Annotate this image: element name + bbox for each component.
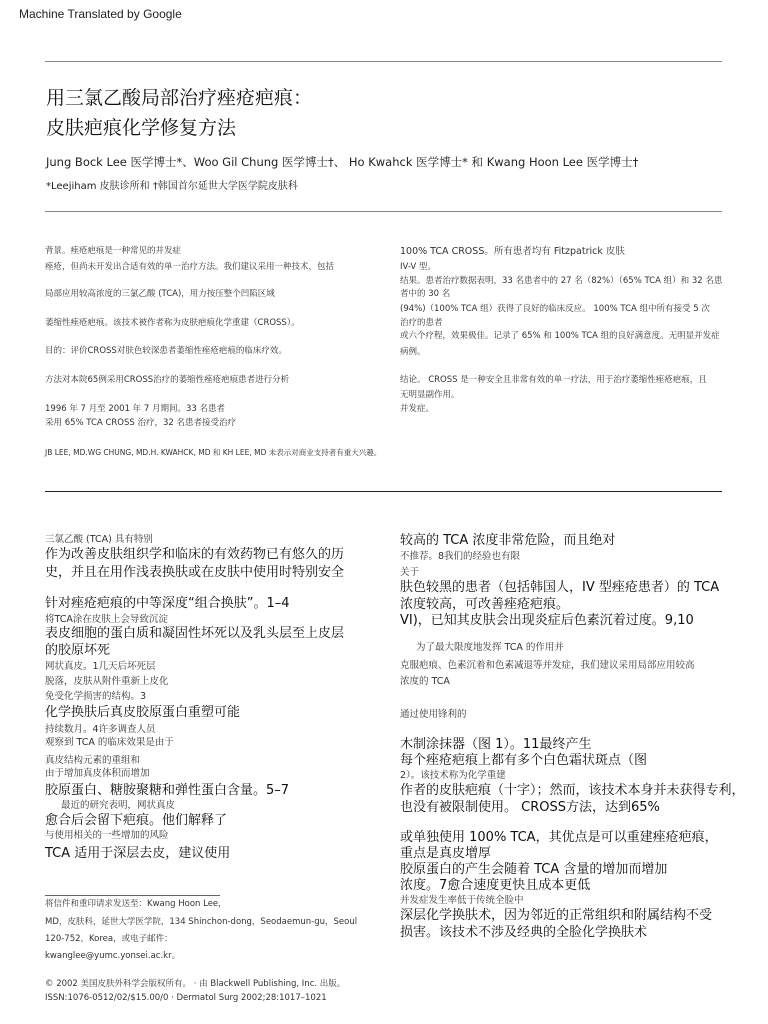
author-list: Jung Bock Lee 医学博士*、Woo Gil Chung 医学博士†、… [46, 157, 638, 169]
abstract-line: 病例。 [400, 348, 426, 357]
body-line: 通过使用锋利的 [400, 710, 467, 720]
body-line: 克服疤痕、色素沉着和色素减退等并发症，我们建议采用局部应用较高 [400, 661, 695, 671]
author-affiliation: *Leejiham 皮肤诊所和 †韩国首尔延世大学医学院皮肤科 [46, 182, 298, 192]
body-line: 损害。该技术不涉及经典的全脸化学换肤术 [400, 926, 647, 939]
body-line: 浓度。7愈合速度更快且成本更低 [400, 879, 590, 892]
body-line: 史，并且在用作浅表换肤或在皮肤中使用时特别安全 [45, 566, 344, 579]
abstract-line: 采用 65% TCA CROSS 治疗，32 名患者接受治疗 [45, 419, 236, 428]
abstract-line: 背景。痤疮疤痕是一种常见的并发症 [45, 247, 181, 256]
abstract-line: 100% TCA CROSS。所有患者均有 Fitzpatrick 皮肤 [400, 247, 625, 257]
body-line: 并发症发生率低于传统全脸中 [400, 896, 524, 906]
abstract-line: 局部应用较高浓度的三氯乙酸 (TCA)，用力按压整个凹陷区域 [45, 290, 275, 299]
body-line: 真皮结构元素的重组和 [45, 756, 140, 766]
article-title-line-2: 皮肤疤痕化学修复方法 [46, 119, 236, 138]
abstract-line: 目的：评价CROSS对肤色较深患者萎缩性痤疮疤痕的临床疗效。 [45, 347, 287, 356]
abstract-rule [45, 491, 722, 492]
body-line: 观察到 TCA 的临床效果是由于 [45, 738, 174, 748]
conflict-disclosure: JB LEE, MD.WG CHUNG, MD.H. KWAHCK, MD 和 … [45, 449, 381, 457]
body-line: 脱落，皮肤从附件重新上皮化 [45, 677, 169, 687]
abstract-line: 结论。 CROSS 是一种安全且非常有效的单一疗法，用于治疗萎缩性痤疮疤痕，且 [400, 376, 707, 385]
body-line: 不推荐。8我们的经验也有限 [400, 552, 520, 562]
body-line: 也没有被限制使用。 CROSS方法，达到65% [400, 801, 660, 814]
footnote-email: kwanglee@yumc.yonsei.ac.kr。 [45, 952, 180, 961]
body-line: 持续数月。4许多调查人员 [45, 725, 156, 735]
abstract-line: 无明显副作用。 [400, 391, 460, 400]
article-title-line-1: 用三氯乙酸局部治疗痤疮疤痕： [46, 89, 312, 108]
body-line: 深层化学换肤术，因为邻近的正常组织和附属结构不受 [400, 909, 712, 922]
body-line: 2）。该技术称为化学重建 [400, 771, 506, 781]
body-line: 关于 [400, 568, 419, 578]
abstract-line: 者中的 30 名 [400, 290, 450, 299]
body-line: 浓度的 TCA [400, 677, 450, 687]
body-line: 与使用相关的一些增加的风险 [45, 831, 169, 841]
body-line: 浓度较高，可改善痤疮疤痕。 [400, 598, 569, 611]
body-line: 由于增加真皮体积而增加 [45, 769, 150, 779]
body-line: 网状真皮。1几天后坏死层 [45, 662, 156, 672]
body-line: 作者的皮肤疤痕（十字）；然而，该技术本身并未获得专利， [400, 784, 745, 797]
footnote-line: 将信件和重印请求发送至：Kwang Hoon Lee， [45, 900, 227, 909]
body-line: 免受化学损害的结构。3 [45, 692, 146, 702]
abstract-line: 治疗的患者 [400, 319, 443, 328]
issn-line: ISSN:1076-0512/02/$15.00/0 · Dermatol Su… [45, 994, 327, 1003]
abstract-line: 并发症。 [400, 405, 434, 414]
body-line: 愈合后会留下疤痕。他们解释了 [45, 814, 227, 827]
header-rule [45, 211, 722, 212]
body-line: 木制涂抹器（图 1）。11最终产生 [400, 738, 591, 751]
footnote-rule [45, 895, 220, 896]
abstract-line: IV-V 型。 [400, 263, 436, 272]
body-line: 作为改善皮肤组织学和临床的有效药物已有悠久的历 [45, 548, 344, 561]
abstract-line: 萎缩性痤疮疤痕。该技术被作者称为皮肤疤痕化学重建（CROSS）。 [45, 319, 300, 328]
body-line: 肤色较黑的患者（包括韩国人，IV 型痤疮患者）的 TCA [400, 581, 719, 594]
abstract-line: 方法对本院65例采用CROSS治疗的萎缩性痤疮疤痕患者进行分析 [45, 376, 289, 385]
body-line: 将TCA涂在皮肤上会导致沉淀 [45, 615, 168, 625]
body-line: 较高的 TCA 浓度非常危险，而且绝对 [400, 534, 615, 547]
copyright-line: © 2002 美国皮肤外科学会版权所有。 · 由 Blackwell Publi… [45, 980, 345, 989]
body-line: 或单独使用 100% TCA，其优点是可以重建痤疮疤痕， [400, 831, 718, 844]
body-line: VI)，已知其皮肤会出现炎症后色素沉着过度。9,10 [400, 614, 694, 627]
body-line: 针对痤疮疤痕的中等深度“组合换肤”。1–4 [45, 597, 290, 610]
abstract-line: 或六个疗程，效果极佳。记录了 65% 和 100% TCA 组的良好满意度。无明… [400, 332, 720, 341]
top-rule [45, 61, 722, 62]
footnote-line: MD，皮肤科，延世大学医学院，134 Shinchon-dong，Seodaem… [45, 918, 357, 927]
abstract-line: 结果。患者治疗数据表明，33 名患者中的 27 名（82%）（65% TCA 组… [400, 277, 722, 286]
body-line: 胶原蛋白、糖胺聚糖和弹性蛋白含量。5–7 [45, 784, 289, 797]
body-line: 胶原蛋白的产生会随着 TCA 含量的增加而增加 [400, 863, 667, 876]
abstract-line: 1996 年 7 月至 2001 年 7 月期间。33 名患者 [45, 405, 225, 414]
machine-translation-banner: Machine Translated by Google [19, 8, 182, 20]
body-line: 最近的研究表明，网状真皮 [61, 801, 175, 811]
body-line: 的胶原坏死 [45, 644, 110, 657]
body-line: 重点是真皮增厚 [400, 847, 491, 860]
body-line: 化学换肤后真皮胶原蛋白重塑可能 [45, 706, 240, 719]
body-line: 表皮细胞的蛋白质和凝固性坏死以及乳头层至上皮层 [45, 627, 344, 640]
footnote-line: 120-752，Korea，或电子邮件： [45, 935, 173, 944]
body-line: 三氯乙酸 (TCA) 具有特别 [45, 535, 153, 545]
body-line: 为了最大限度地发挥 TCA 的作用并 [416, 643, 564, 653]
body-line: TCA 适用于深层去皮，建议使用 [45, 847, 230, 860]
body-line: 每个痤疮疤痕上都有多个白色霜状斑点（图 [400, 754, 647, 767]
abstract-line: (94%)（100% TCA 组）获得了良好的临床反应。 100% TCA 组中… [400, 305, 710, 314]
abstract-line: 痤疮，但尚未开发出合适有效的单一治疗方法。我们建议采用一种技术，包括 [45, 263, 334, 272]
